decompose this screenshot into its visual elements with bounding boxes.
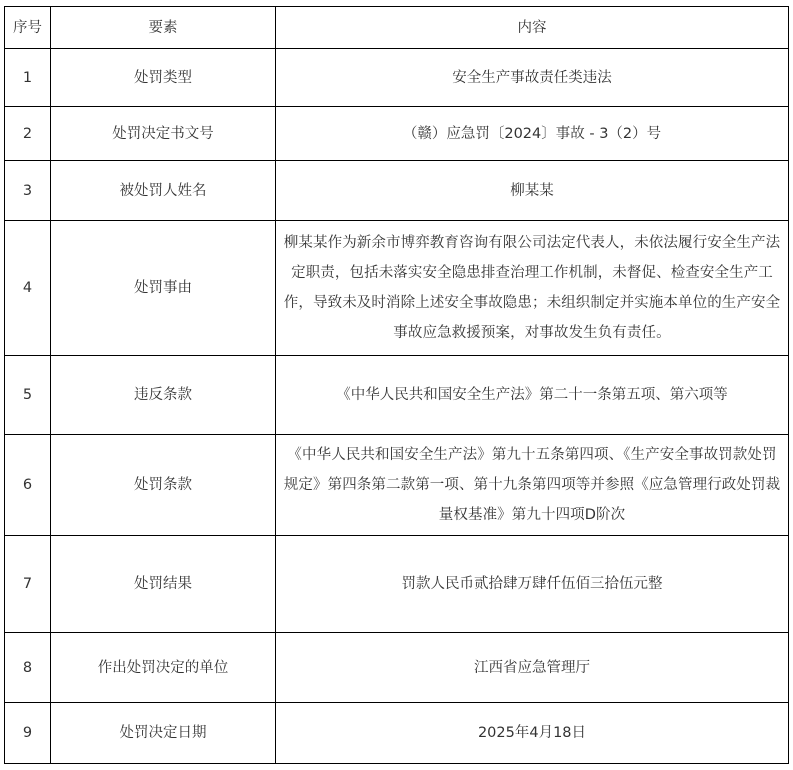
- row-index: 5: [5, 356, 51, 435]
- row-index: 2: [5, 107, 51, 161]
- row-content: 2025年4月18日: [276, 703, 789, 764]
- row-content: （赣）应急罚〔2024〕事故 - 3（2）号: [276, 107, 789, 161]
- row-content: 罚款人民币贰拾肆万肆仟伍佰三拾伍元整: [276, 536, 789, 633]
- row-element: 处罚类型: [51, 49, 276, 107]
- table-row: 3 被处罚人姓名 柳某某: [5, 161, 789, 221]
- row-index: 1: [5, 49, 51, 107]
- table-row: 8 作出处罚决定的单位 江西省应急管理厅: [5, 633, 789, 703]
- row-element: 作出处罚决定的单位: [51, 633, 276, 703]
- row-element: 处罚条款: [51, 435, 276, 536]
- row-element: 处罚决定日期: [51, 703, 276, 764]
- row-content: 安全生产事故责任类违法: [276, 49, 789, 107]
- table-row: 6 处罚条款 《中华人民共和国安全生产法》第九十五条第四项、《生产安全事故罚款处…: [5, 435, 789, 536]
- row-content: 柳某某作为新余市博弈教育咨询有限公司法定代表人，未依法履行安全生产法定职责，包括…: [276, 221, 789, 356]
- row-content: 《中华人民共和国安全生产法》第二十一条第五项、第六项等: [276, 356, 789, 435]
- table-row: 5 违反条款 《中华人民共和国安全生产法》第二十一条第五项、第六项等: [5, 356, 789, 435]
- row-index: 8: [5, 633, 51, 703]
- row-index: 3: [5, 161, 51, 221]
- table-row: 1 处罚类型 安全生产事故责任类违法: [5, 49, 789, 107]
- row-index: 6: [5, 435, 51, 536]
- row-content: 柳某某: [276, 161, 789, 221]
- row-index: 7: [5, 536, 51, 633]
- table-row: 2 处罚决定书文号 （赣）应急罚〔2024〕事故 - 3（2）号: [5, 107, 789, 161]
- row-element: 处罚结果: [51, 536, 276, 633]
- row-element: 违反条款: [51, 356, 276, 435]
- header-content: 内容: [276, 7, 789, 49]
- row-content: 江西省应急管理厅: [276, 633, 789, 703]
- table-row: 4 处罚事由 柳某某作为新余市博弈教育咨询有限公司法定代表人，未依法履行安全生产…: [5, 221, 789, 356]
- penalty-info-table: 序号 要素 内容 1 处罚类型 安全生产事故责任类违法 2 处罚决定书文号 （赣…: [4, 6, 789, 764]
- row-index: 4: [5, 221, 51, 356]
- table-header-row: 序号 要素 内容: [5, 7, 789, 49]
- row-element: 被处罚人姓名: [51, 161, 276, 221]
- row-element: 处罚决定书文号: [51, 107, 276, 161]
- row-content: 《中华人民共和国安全生产法》第九十五条第四项、《生产安全事故罚款处罚规定》第四条…: [276, 435, 789, 536]
- table-row: 7 处罚结果 罚款人民币贰拾肆万肆仟伍佰三拾伍元整: [5, 536, 789, 633]
- row-index: 9: [5, 703, 51, 764]
- header-index: 序号: [5, 7, 51, 49]
- table-row: 9 处罚决定日期 2025年4月18日: [5, 703, 789, 764]
- row-element: 处罚事由: [51, 221, 276, 356]
- header-element: 要素: [51, 7, 276, 49]
